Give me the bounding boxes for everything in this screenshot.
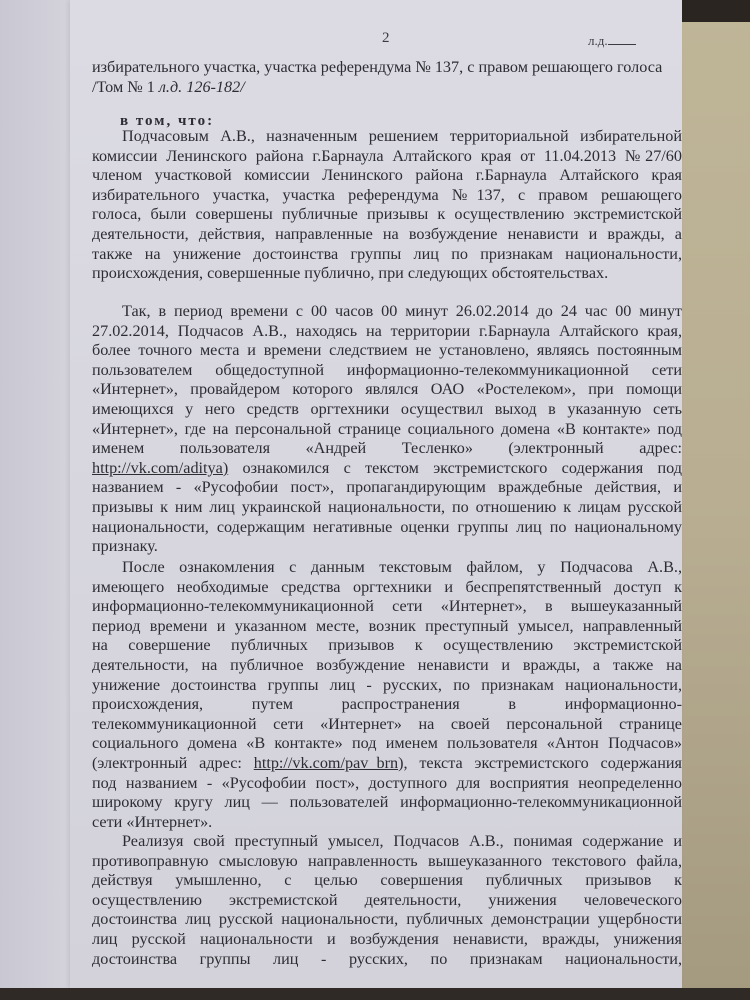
link-line-prefix: (электронный адрес: xyxy=(92,754,254,772)
paragraph-line: пользователем общедоступной информационн… xyxy=(92,361,682,381)
paragraph-line: национальности, содержащим негативные оц… xyxy=(92,518,682,538)
paragraph-2: Так, в период времени с 00 часов 00 мину… xyxy=(92,302,682,557)
paragraph-line-with-link: http://vk.com/aditya) ознакомился с текс… xyxy=(92,459,682,479)
paragraph-4: Реализуя свой преступный умысел, Подчасо… xyxy=(92,832,682,969)
sheet-range: л.д. 126-182/ xyxy=(159,78,245,96)
paragraph-line: осуществлению экстремистской деятельност… xyxy=(92,891,682,911)
paragraph-line: социального домена «В контакте» под имен… xyxy=(92,734,682,754)
paragraph-line: действуя умышленно, с целью совершения п… xyxy=(92,871,682,891)
paragraph-line: сети «Интернет». xyxy=(92,813,682,833)
paragraph-line: названием - «Русофобии пост», пропаганди… xyxy=(92,478,682,498)
paragraph-line: «Интернет», где на персональной странице… xyxy=(92,420,682,440)
paragraph-3: После ознакомления с данным текстовым фа… xyxy=(92,558,682,832)
paragraph-line: имеющего необходимые средства оргтехники… xyxy=(92,578,682,598)
vk-link-pav-brn[interactable]: http://vk.com/pav_brn xyxy=(254,754,398,772)
volume-ref: /Том № 1 xyxy=(92,78,159,96)
paragraph-line: информационно-телекоммуникационной сети … xyxy=(92,597,682,617)
paragraph-line: признаку. xyxy=(92,537,682,557)
paragraph-line: достоинства группы лиц - русских, по при… xyxy=(92,950,682,970)
intro-line-1: избирательного участка, участка референд… xyxy=(92,58,682,78)
vk-link-aditya[interactable]: http://vk.com/aditya) xyxy=(92,459,228,477)
paragraph-line: период времени и указанном месте, возник… xyxy=(92,617,682,637)
paragraph-line: именем пользователя «Андрей Тесленко» (э… xyxy=(92,439,682,459)
paragraph-line: комиссии Ленинского района г.Барнаула Ал… xyxy=(92,147,682,167)
paragraph-line: деятельности, действия, направленные на … xyxy=(92,225,682,245)
paragraph-line: После ознакомления с данным текстовым фа… xyxy=(92,558,682,578)
paragraph-line: происхождения, путем распространения в и… xyxy=(92,695,682,715)
paragraph-line-with-link: (электронный адрес: http://vk.com/pav_br… xyxy=(92,754,682,774)
paragraph-line: также на унижение достоинства группы лиц… xyxy=(92,245,682,265)
intro-block: избирательного участка, участка референд… xyxy=(92,58,682,97)
paragraph-line: имеющихся у него средств оргтехники осущ… xyxy=(92,400,682,420)
page-number: 2 xyxy=(382,30,390,47)
link-line-rest: ), текста экстремистского содержания xyxy=(398,754,682,772)
intro-line-2: /Том № 1 л.д. 126-182/ xyxy=(92,78,682,98)
paragraph-line: под названием - «Русофобии пост», доступ… xyxy=(92,774,682,794)
paragraph-line: более точного места и времени следствием… xyxy=(92,341,682,361)
paragraph-line: унижение достоинства группы лиц - русски… xyxy=(92,676,682,696)
paragraph-1: Подчасовым А.В., назначенным решением те… xyxy=(92,127,682,284)
case-sheet-text: л.д. xyxy=(588,33,608,48)
paragraph-line: Подчасовым А.В., назначенным решением те… xyxy=(92,127,682,147)
paragraph-line: широкому кругу лиц — пользователей инфор… xyxy=(92,793,682,813)
paragraph-line: голоса, были совершены публичные призывы… xyxy=(92,205,682,225)
paragraph-line: телекоммуникационной сети «Интернет» на … xyxy=(92,715,682,735)
paragraph-line: призывы к ним лиц украинской национально… xyxy=(92,498,682,518)
paragraph-line: деятельности, на публичное возбуждение н… xyxy=(92,656,682,676)
paragraph-line: лиц русской национальности и возбуждения… xyxy=(92,930,682,950)
page-header: 2 л.д. xyxy=(70,30,682,50)
paragraph-line: достоинства лиц русской национальности, … xyxy=(92,910,682,930)
table-surface xyxy=(682,0,750,1000)
paragraph-line: «Интернет», провайдером которого являлся… xyxy=(92,380,682,400)
paragraph-line: происхождения, совершенные публично, при… xyxy=(92,264,682,284)
underlying-page xyxy=(0,0,70,990)
paragraph-line: избирательного участка, участка референд… xyxy=(92,186,682,206)
bottom-edge-shadow xyxy=(0,988,750,1000)
document-page: 2 л.д. избирательного участка, участка р… xyxy=(70,0,682,988)
case-sheet-blank xyxy=(608,32,636,45)
paragraph-line: Реализуя свой преступный умысел, Подчасо… xyxy=(92,832,682,852)
paragraph-line: на совершение публичных призывов к осуще… xyxy=(92,636,682,656)
paragraph-line: членом участковой комиссии Ленинского ра… xyxy=(92,166,682,186)
paragraph-line: Так, в период времени с 00 часов 00 мину… xyxy=(92,302,682,322)
link-line-rest: ознакомился с текстом экстремистского со… xyxy=(228,459,682,477)
paragraph-line: противоправную смысловую направленность … xyxy=(92,852,682,872)
paragraph-line: 27.02.2014, Подчасов А.В., находясь на т… xyxy=(92,322,682,342)
case-sheet-label: л.д. xyxy=(588,32,636,49)
